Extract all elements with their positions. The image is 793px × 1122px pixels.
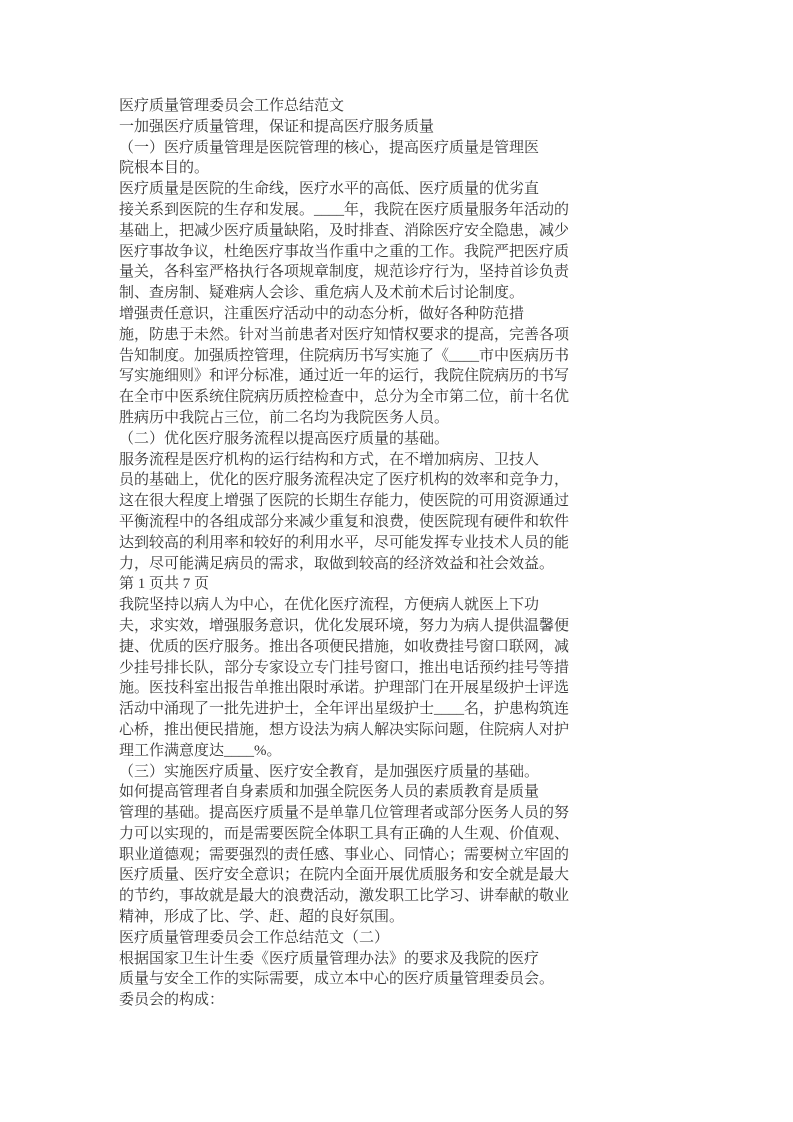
document-line: 管理的基础。提高医疗质量不是单靠几位管理者或部分医务人员的努 <box>119 803 694 824</box>
document-line: 力，尽可能满足病员的需求，取做到较高的经济效益和社会效益。 <box>119 554 694 575</box>
document-line: 如何提高管理者自身素质和加强全院医务人员的素质教育是质量 <box>119 782 694 803</box>
document-line: 基础上，把减少医疗质量缺陷，及时排查、消除医疗安全隐患，减少 <box>119 221 694 242</box>
document-line: 医疗质量是医院的生命线，医疗水平的高低、医疗质量的优劣直 <box>119 179 694 200</box>
document-page: 医疗质量管理委员会工作总结范文一加强医疗质量管理，保证和提高医疗服务质量（一）医… <box>0 0 793 1122</box>
document-line: 院根本目的。 <box>119 158 694 179</box>
document-line: 平衡流程中的各组成部分来减少重复和浪费，使医院现有硬件和软件 <box>119 512 694 533</box>
document-line: 施。医技科室出报告单推出限时承诺。护理部门在开展星级护士评选 <box>119 678 694 699</box>
document-line: 施，防患于未然。针对当前患者对医疗知情权要求的提高，完善各项 <box>119 325 694 346</box>
document-line: 制、查房制、疑难病人会诊、重危病人及术前术后讨论制度。 <box>119 283 694 304</box>
document-line: 增强责任意识，注重医疗活动中的动态分析，做好各种防范措 <box>119 304 694 325</box>
document-line: 接关系到医院的生存和发展。____年，我院在医疗质量服务年活动的 <box>119 200 694 221</box>
document-line: （三）实施医疗质量、医疗安全教育，是加强医疗质量的基础。 <box>119 762 694 783</box>
document-line: 医疗质量管理委员会工作总结范文 <box>119 96 694 117</box>
document-line: 活动中涌现了一批先进护士，全年评出星级护士____名，护患构筑连 <box>119 699 694 720</box>
document-line: 达到较高的利用率和较好的利用水平，尽可能发挥专业技术人员的能 <box>119 533 694 554</box>
document-line: 捷、优质的医疗服务。推出各项便民措施，如收费挂号窗口联网，减 <box>119 637 694 658</box>
document-line: 职业道德观；需要强烈的责任感、事业心、同情心；需要树立牢固的 <box>119 845 694 866</box>
document-line: 在全市中医系统住院病历质控检查中，总分为全市第二位，前十名优 <box>119 387 694 408</box>
document-line: 医疗质量、医疗安全意识；在院内全面开展优质服务和安全就是最大 <box>119 865 694 886</box>
document-line: 员的基础上，优化的医疗服务流程决定了医疗机构的效率和竞争力， <box>119 470 694 491</box>
document-line: 理工作满意度达____%。 <box>119 741 694 762</box>
document-line: （一）医疗质量管理是医院管理的核心，提高医疗质量是管理医 <box>119 138 694 159</box>
document-line: 我院坚持以病人为中心，在优化医疗流程，方便病人就医上下功 <box>119 595 694 616</box>
document-line: 心桥，推出便民措施，想方设法为病人解决实际问题，住院病人对护 <box>119 720 694 741</box>
document-line: 量关，各科室严格执行各项规章制度，规范诊疗行为，坚持首诊负责 <box>119 262 694 283</box>
document-line: 委员会的构成： <box>119 990 694 1011</box>
document-line: 根据国家卫生计生委《医疗质量管理办法》的要求及我院的医疗 <box>119 949 694 970</box>
page-indicator: 第 1 页共 7 页 <box>119 574 694 595</box>
document-line: 的节约，事故就是最大的浪费活动，激发职工比学习、讲奉献的敬业 <box>119 886 694 907</box>
document-line: 告知制度。加强质控管理，住院病历书写实施了《____市中医病历书 <box>119 346 694 367</box>
document-line: 少挂号排长队，部分专家设立专门挂号窗口，推出电话预约挂号等措 <box>119 658 694 679</box>
document-line: （二）优化医疗服务流程以提高医疗质量的基础。 <box>119 429 694 450</box>
document-line: 这在很大程度上增强了医院的长期生存能力，使医院的可用资源通过 <box>119 491 694 512</box>
document-line: 写实施细则》和评分标准，通过近一年的运行，我院住院病历的书写 <box>119 366 694 387</box>
document-line: 力可以实现的，而是需要医院全体职工具有正确的人生观、价值观、 <box>119 824 694 845</box>
document-line: 夫，求实效，增强服务意识，优化发展环境，努力为病人提供温馨便 <box>119 616 694 637</box>
document-line: 胜病历中我院占三位，前二名均为我院医务人员。 <box>119 408 694 429</box>
document-line: 服务流程是医疗机构的运行结构和方式，在不增加病房、卫技人 <box>119 450 694 471</box>
document-line: 质量与安全工作的实际需要，成立本中心的医疗质量管理委员会。 <box>119 969 694 990</box>
document-line: 医疗质量管理委员会工作总结范文（二） <box>119 928 694 949</box>
document-text-block: 医疗质量管理委员会工作总结范文一加强医疗质量管理，保证和提高医疗服务质量（一）医… <box>119 96 694 1011</box>
document-line: 精神，形成了比、学、赶、超的良好氛围。 <box>119 907 694 928</box>
document-line: 医疗事故争议，杜绝医疗事故当作重中之重的工作。我院严把医疗质 <box>119 242 694 263</box>
document-line: 一加强医疗质量管理，保证和提高医疗服务质量 <box>119 117 694 138</box>
